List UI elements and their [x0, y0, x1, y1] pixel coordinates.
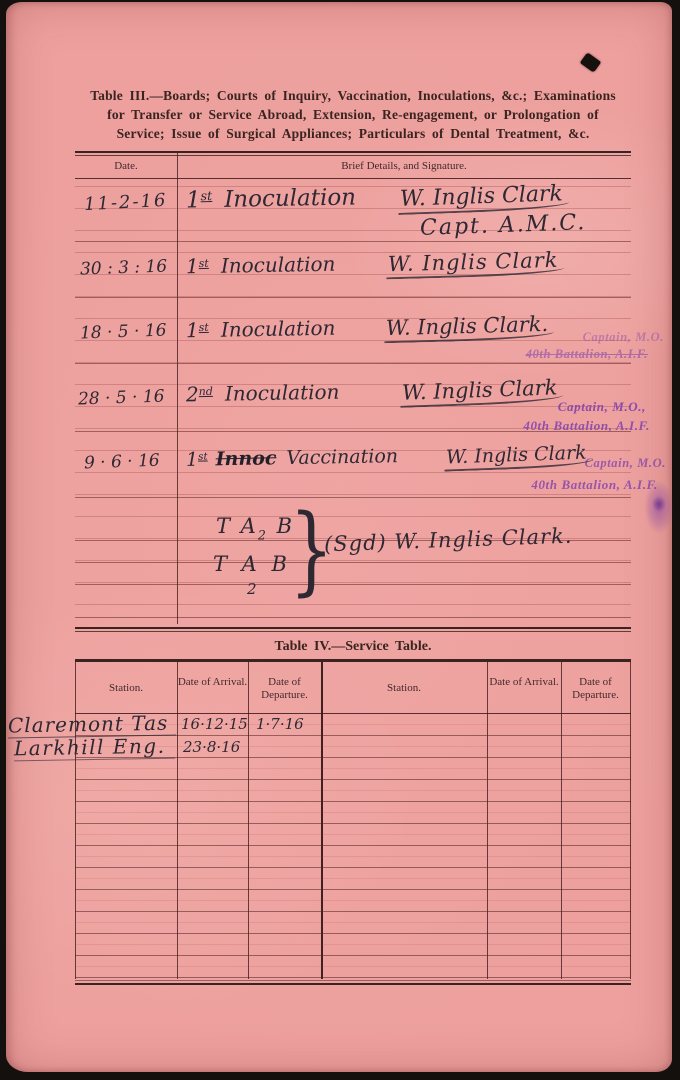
- entry-detail: 1stInoculation: [186, 185, 356, 214]
- entry-detail: 1stInnocVaccination: [186, 445, 398, 471]
- rule-line: [75, 980, 631, 981]
- table3-header-underline: [75, 178, 631, 179]
- table4-faint-lines: [75, 724, 631, 969]
- service-arrival-date: 16·12·15: [181, 715, 248, 733]
- entry-date: 18 · 5 · 16: [80, 320, 167, 343]
- table3-col-header-details: Brief Details, and Signature.: [177, 160, 631, 173]
- entry-detail: 2ndInoculation: [186, 380, 340, 407]
- tab-note-line1: T A2 B: [216, 514, 294, 542]
- ordinal-number: 2: [186, 382, 199, 406]
- detail-struck-word: Innoc: [215, 447, 276, 470]
- stamp-rank-line: Captain, M.O.,: [558, 399, 646, 415]
- entry-date: 9 · 6 · 16: [84, 451, 160, 474]
- ordinal-number: 1: [186, 187, 201, 213]
- table4-title: Table IV.—Service Table.: [75, 639, 631, 655]
- stamp-rank-line: Captain, M.O.: [583, 330, 664, 345]
- ordinal-number: 1: [186, 449, 198, 471]
- table3-bottom-border: [75, 627, 631, 632]
- service-station: Larkhill Eng.: [14, 734, 176, 762]
- rule-line: [75, 363, 631, 364]
- rule-line: [75, 241, 631, 242]
- table3-top-border: [75, 151, 631, 156]
- ordinal-suffix: st: [199, 321, 209, 334]
- entry-detail: 1stInoculation: [186, 252, 336, 279]
- tab-note-line2-subscript: 2: [247, 580, 257, 598]
- stamp-rank-line: Captain, M.O.: [585, 456, 666, 471]
- detail-text: Inoculation: [221, 316, 336, 342]
- tab-part: T A: [216, 514, 258, 538]
- stamp-unit-line: 40th Battalion, A.I.F.: [523, 418, 650, 434]
- rule-line: [75, 562, 631, 563]
- detail-text: Vaccination: [286, 445, 398, 469]
- rule-line: [75, 297, 631, 298]
- entry-date: 30 : 3 : 16: [80, 256, 168, 279]
- ordinal-suffix: st: [199, 257, 209, 270]
- entry-date: 28 · 5 · 16: [78, 386, 165, 409]
- table4-title-underline: [75, 659, 631, 662]
- ordinal-number: 1: [186, 254, 199, 278]
- table3-title-line3: Service; Issue of Surgical Appliances; P…: [75, 126, 631, 142]
- ordinal-suffix: st: [200, 188, 212, 203]
- service-departure-date: 1·7·16: [256, 715, 304, 733]
- ink-blotch-dot: [652, 496, 666, 512]
- stamp-unit-line: 40th Battalion, A.I.F.: [526, 347, 648, 362]
- table4-col-header-departure: Date of Departure.: [561, 676, 630, 702]
- table3-col-header-date: Date.: [75, 160, 177, 173]
- table4-col-header-station: Station.: [321, 682, 487, 695]
- table3-title-line2: for Transfer or Service Abroad, Extensio…: [75, 107, 631, 123]
- tab-subscript: 2: [258, 527, 268, 542]
- scanned-document: { "document": { "table3": { "title_lines…: [0, 0, 680, 1080]
- stamp-unit-line: 40th Battalion, A.I.F.: [531, 477, 658, 493]
- table4-bottom-border: [75, 983, 631, 985]
- tab-note-line2: T A B: [213, 552, 291, 576]
- ordinal-suffix: nd: [199, 385, 213, 398]
- ordinal-suffix: st: [198, 451, 208, 463]
- rule-line: [75, 617, 631, 618]
- detail-text: Inoculation: [225, 380, 340, 406]
- entry-date: 11-2-16: [84, 190, 168, 215]
- entry-detail: 1stInoculation: [186, 316, 336, 343]
- rule-line: [75, 584, 631, 585]
- table4-col-header-arrival: Date of Arrival.: [177, 676, 248, 689]
- rule-line: [75, 497, 631, 498]
- service-arrival-date: 23·8·16: [183, 738, 240, 756]
- table4-col-header-arrival: Date of Arrival.: [487, 676, 561, 689]
- detail-text: Inoculation: [224, 185, 356, 213]
- table4-col-header-station: Station.: [75, 682, 177, 695]
- table3-title-line1: Table III.—Boards; Courts of Inquiry, Va…: [75, 88, 631, 104]
- ordinal-number: 1: [186, 318, 199, 342]
- detail-text: Inoculation: [221, 252, 336, 278]
- table4-col-header-departure: Date of Departure.: [248, 676, 321, 702]
